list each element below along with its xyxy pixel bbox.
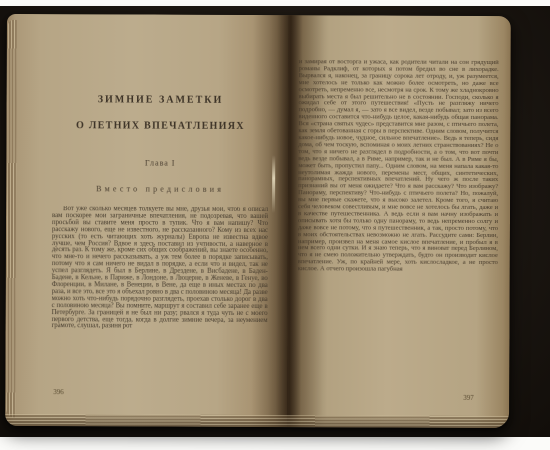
right-page-text-column: и замирая от восторга и ужаса, как родит… [297,59,498,398]
page-edges-left [6,20,17,418]
section-heading: Вместо предисловия [52,184,268,194]
book-title-line1: ЗИМНИЕ ЗАМЕТКИ [53,94,269,106]
book-title-line2: О ЛЕТНИХ ВПЕЧАТЛЕНИЯХ [52,120,268,132]
right-page-number: 397 [463,394,474,402]
book-photo: ЗИМНИЕ ЗАМЕТКИ О ЛЕТНИХ ВПЕЧАТЛЕНИЯХ Гла… [0,0,550,450]
open-book: ЗИМНИЕ ЗАМЕТКИ О ЛЕТНИХ ВПЕЧАТЛЕНИЯХ Гла… [5,14,511,428]
photo-background: ЗИМНИЕ ЗАМЕТКИ О ЛЕТНИХ ВПЕЧАТЛЕНИЯХ Гла… [0,6,550,437]
chapter-heading: Глава I [52,158,268,168]
left-page-text-column: ЗИМНИЕ ЗАМЕТКИ О ЛЕТНИХ ВПЕЧАТЛЕНИЯХ Гла… [51,94,268,383]
left-page-number: 396 [53,388,64,396]
right-page-body-text: и замирая от восторга и ужаса, как родит… [297,59,498,398]
gutter-highlight [272,155,275,213]
left-page-body-text: Вот уже сколько месяцев толкуете вы мне,… [51,206,268,383]
